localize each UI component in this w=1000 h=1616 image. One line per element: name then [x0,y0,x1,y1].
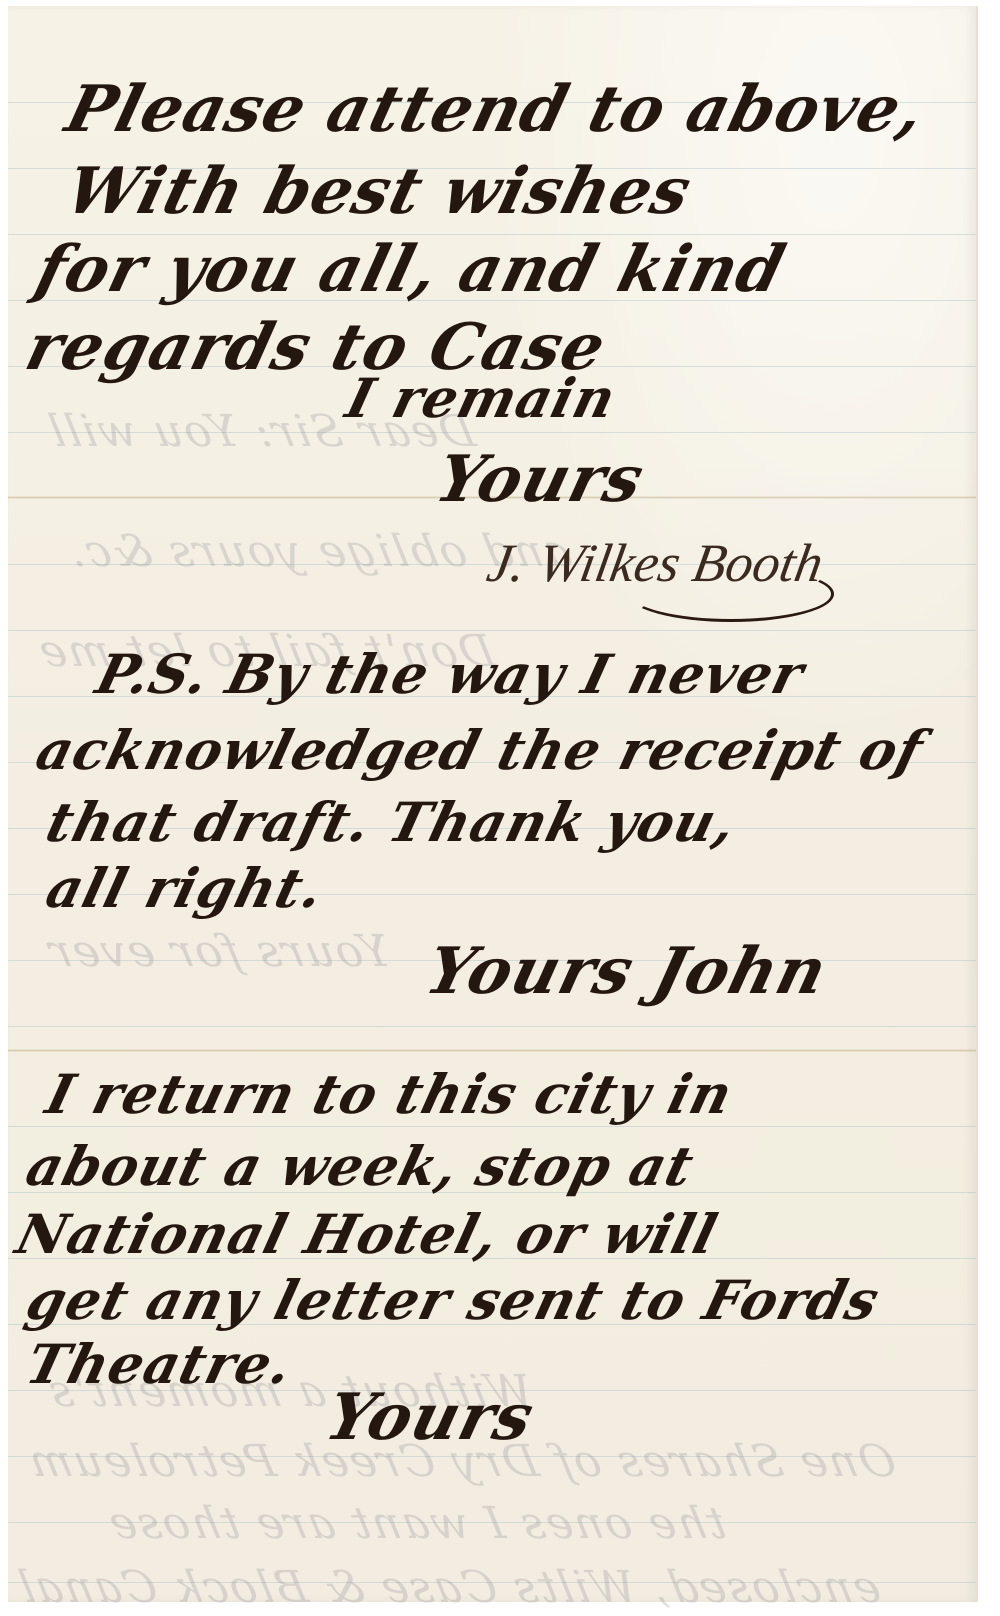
letter-page: Dear Sir: You will and oblige yours &c. … [8,6,978,1602]
second-postscript-line: National Hotel, or will [10,1202,724,1266]
letter-line: With best wishes [59,154,699,229]
closing: Yours [429,442,652,517]
ruled-line [8,1126,976,1127]
postscript-line: that draft. Thank you, [40,790,743,854]
second-postscript-line: Theatre. [20,1332,299,1396]
bleed-through-text: enclosed, Wilts Case & Block Canal [13,1562,885,1613]
postscript-line: all right. [40,856,331,920]
postscript-line: acknowledged the receipt of [30,718,930,782]
signature-flourish [628,566,834,622]
second-postscript-line: I return to this city in [40,1062,740,1126]
second-postscript-line: about a week, stop at [20,1134,701,1198]
ruled-line [8,1026,976,1027]
bleed-through-text: the ones I want are those [103,1498,731,1549]
fold-crease [8,1049,976,1052]
letter-line: Please attend to above, [59,72,933,147]
bleed-through-text: Yours for ever [43,926,395,977]
letter-line: for you all, and kind [29,232,793,307]
postscript-line: P.S. By the way I never [90,642,811,706]
second-postscript-closing: Yours [319,1380,542,1455]
letter-line: I remain [340,366,623,430]
second-postscript-line: get any letter sent to Fords [20,1268,886,1332]
postscript-closing: Yours John [419,934,835,1009]
